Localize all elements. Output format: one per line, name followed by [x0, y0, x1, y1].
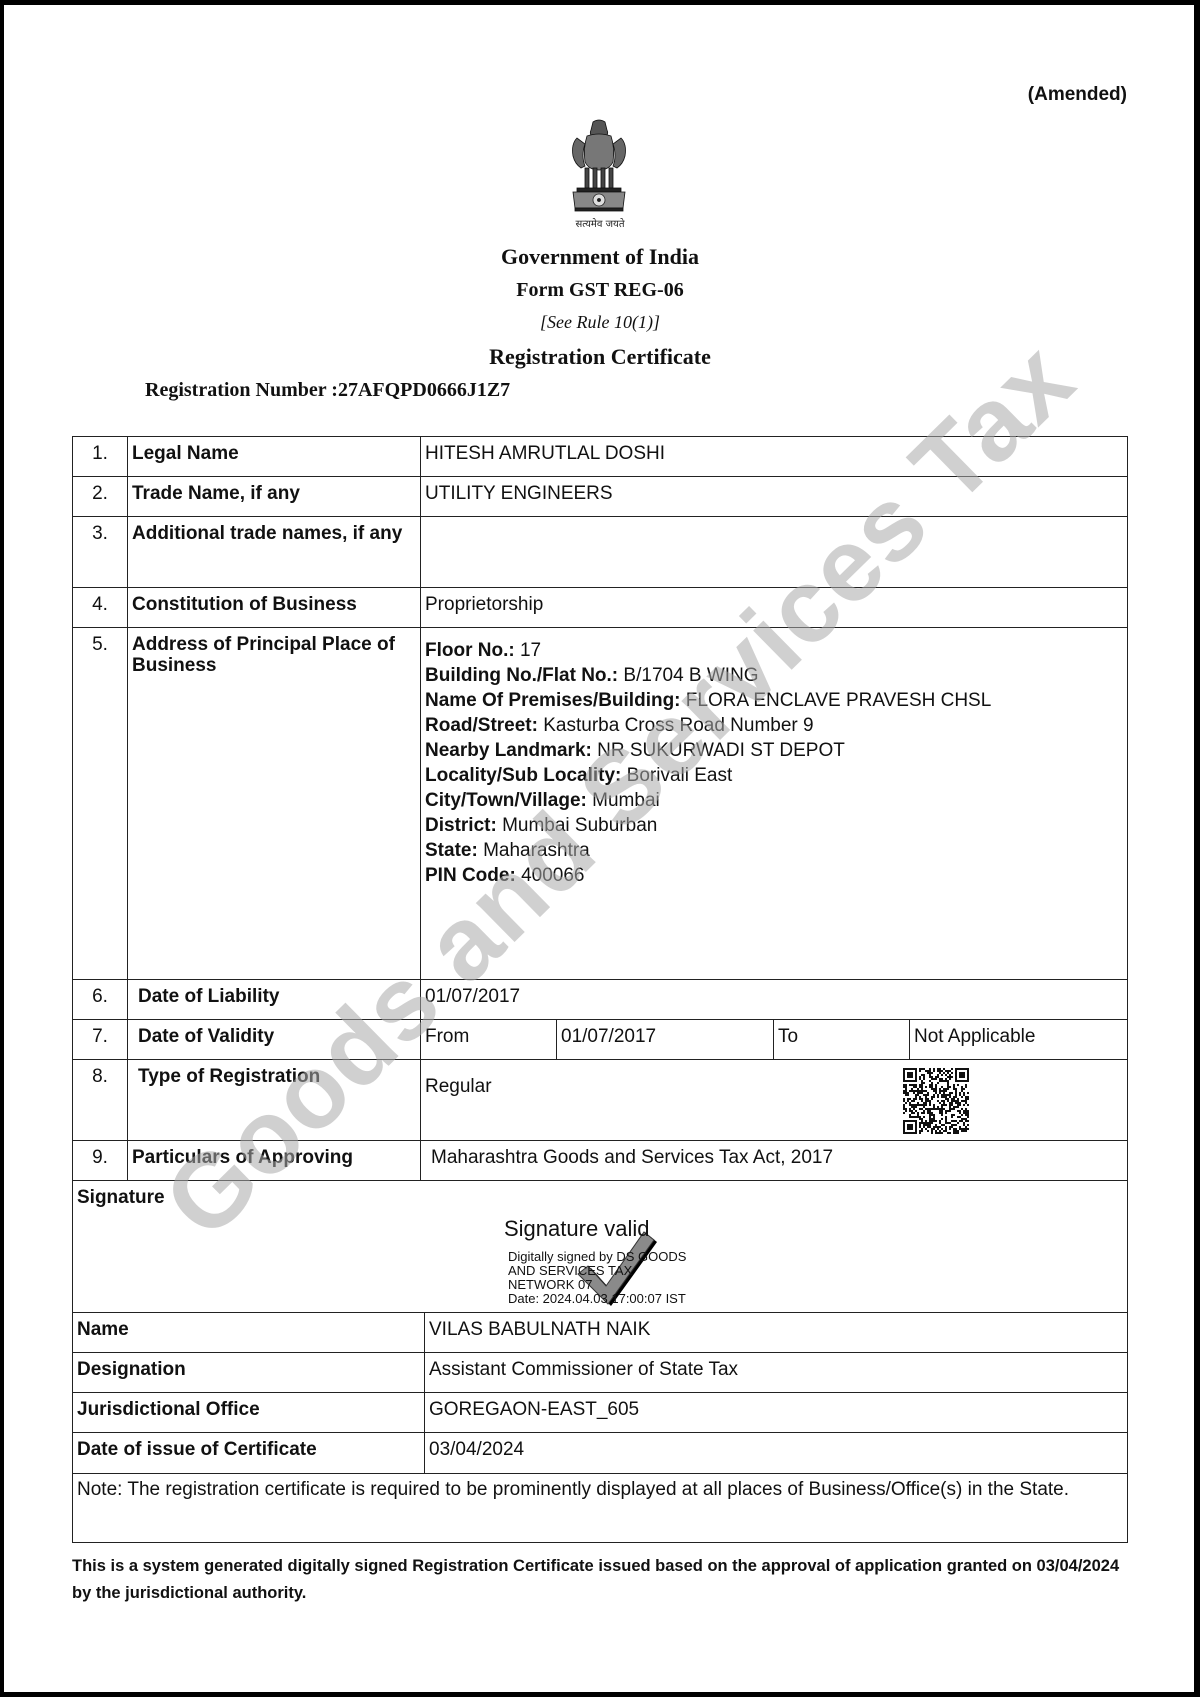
table-row: 8. Type of Registration Regular: [72, 1059, 1128, 1140]
qr-code-icon: [903, 1068, 969, 1134]
national-emblem-icon: [563, 118, 635, 216]
row-number: 8.: [73, 1060, 128, 1140]
officer-label: Designation: [73, 1353, 425, 1392]
officer-label: Name: [73, 1313, 425, 1352]
table-row: 6. Date of Liability 01/07/2017: [72, 979, 1128, 1019]
officer-name-value: VILAS BABULNATH NAIK: [425, 1313, 1127, 1352]
table-row: 9. Particulars of Approving Maharashtra …: [72, 1140, 1128, 1180]
address-line: Building No./Flat No.: B/1704 B WING: [425, 663, 1123, 688]
row-number: 7.: [73, 1020, 128, 1059]
address-line: City/Town/Village: Mumbai: [425, 788, 1123, 813]
row-label: Constitution of Business: [128, 588, 421, 627]
trade-name-value: UTILITY ENGINEERS: [421, 477, 1127, 516]
signed-by-line: Digitally signed by DS GOODS: [508, 1250, 686, 1264]
row-label: Trade Name, if any: [128, 477, 421, 516]
address-line: Locality/Sub Locality: Borivali East: [425, 763, 1123, 788]
row-number: 3.: [73, 517, 128, 587]
signature-details: Digitally signed by DS GOODS AND SERVICE…: [508, 1250, 686, 1306]
table-row: Designation Assistant Commissioner of St…: [72, 1352, 1128, 1392]
address-line: PIN Code: 400066: [425, 863, 1123, 888]
system-generated-footer: This is a system generated digitally sig…: [72, 1553, 1132, 1607]
table-row: Date of issue of Certificate 03/04/2024: [72, 1432, 1128, 1473]
row-label: Additional trade names, if any: [128, 517, 421, 587]
emblem-motto: सत्यमेव जयते: [560, 216, 640, 230]
table-row: 4. Constitution of Business Proprietorsh…: [72, 587, 1128, 627]
registration-number-label: Registration Number :: [145, 379, 338, 401]
signed-by-line: NETWORK 07: [508, 1278, 686, 1292]
address-line: Floor No.: 17: [425, 638, 1123, 663]
registration-type-value: Regular: [421, 1060, 1127, 1140]
address-line: Name Of Premises/Building: FLORA ENCLAVE…: [425, 688, 1123, 713]
officer-label: Jurisdictional Office: [73, 1393, 425, 1432]
date-of-liability-value: 01/07/2017: [421, 980, 1127, 1019]
form-name: Form GST REG-06: [0, 279, 1200, 302]
government-heading: Government of India: [0, 244, 1200, 270]
address-line: District: Mumbai Suburban: [425, 813, 1123, 838]
validity-from-value: 01/07/2017: [557, 1020, 774, 1059]
rule-reference: [See Rule 10(1)]: [0, 312, 1200, 333]
approving-act-value: Maharashtra Goods and Services Tax Act, …: [421, 1141, 1127, 1180]
table-row: 5. Address of Principal Place of Busines…: [72, 627, 1128, 979]
address-line: Road/Street: Kasturba Cross Road Number …: [425, 713, 1123, 738]
registration-number-value: 27AFQPD0666J1Z7: [338, 379, 510, 401]
table-row: 3. Additional trade names, if any: [72, 516, 1128, 587]
constitution-value: Proprietorship: [421, 588, 1127, 627]
row-label: Legal Name: [128, 437, 421, 476]
address-line: State: Maharashtra: [425, 838, 1123, 863]
address-value: Floor No.: 17 Building No./Flat No.: B/1…: [421, 628, 1127, 979]
row-label: Particulars of Approving: [128, 1141, 421, 1180]
note-text: Note: The registration certificate is re…: [73, 1474, 1127, 1542]
validity-from-label: From: [421, 1020, 557, 1059]
row-label: Date of Liability: [128, 980, 421, 1019]
row-number: 1.: [73, 437, 128, 476]
row-label: Date of Validity: [128, 1020, 421, 1059]
table-row: Jurisdictional Office GOREGAON-EAST_605: [72, 1392, 1128, 1432]
table-row: 2. Trade Name, if any UTILITY ENGINEERS: [72, 476, 1128, 516]
jurisdictional-office-value: GOREGAON-EAST_605: [425, 1393, 1127, 1432]
row-label: Address of Principal Place of Business: [128, 628, 421, 979]
amended-tag: (Amended): [1028, 84, 1127, 106]
officer-label: Date of issue of Certificate: [73, 1433, 425, 1473]
signature-date: Date: 2024.04.03 17:00:07 IST: [508, 1292, 686, 1306]
table-row: Name VILAS BABULNATH NAIK: [72, 1312, 1128, 1352]
row-number: 2.: [73, 477, 128, 516]
signature-status: Signature valid: [504, 1216, 650, 1242]
registration-number: Registration Number :27AFQPD0666J1Z7: [145, 379, 510, 402]
additional-trade-names-value: [421, 517, 1127, 587]
row-number: 6.: [73, 980, 128, 1019]
row-label: Type of Registration: [128, 1060, 421, 1140]
address-line: Nearby Landmark: NR SUKURWADI ST DEPOT: [425, 738, 1123, 763]
row-number: 9.: [73, 1141, 128, 1180]
issue-date-value: 03/04/2024: [425, 1433, 1127, 1473]
note-row: Note: The registration certificate is re…: [72, 1473, 1128, 1543]
validity-to-label: To: [774, 1020, 910, 1059]
designation-value: Assistant Commissioner of State Tax: [425, 1353, 1127, 1392]
legal-name-value: HITESH AMRUTLAL DOSHI: [421, 437, 1127, 476]
validity-to-value: Not Applicable: [910, 1020, 1127, 1059]
row-number: 5.: [73, 628, 128, 979]
certificate-title: Registration Certificate: [0, 344, 1200, 370]
table-row: 1. Legal Name HITESH AMRUTLAL DOSHI: [72, 436, 1128, 476]
signed-by-line: AND SERVICES TAX: [508, 1264, 686, 1278]
row-number: 4.: [73, 588, 128, 627]
table-row: 7. Date of Validity From 01/07/2017 To N…: [72, 1019, 1128, 1059]
